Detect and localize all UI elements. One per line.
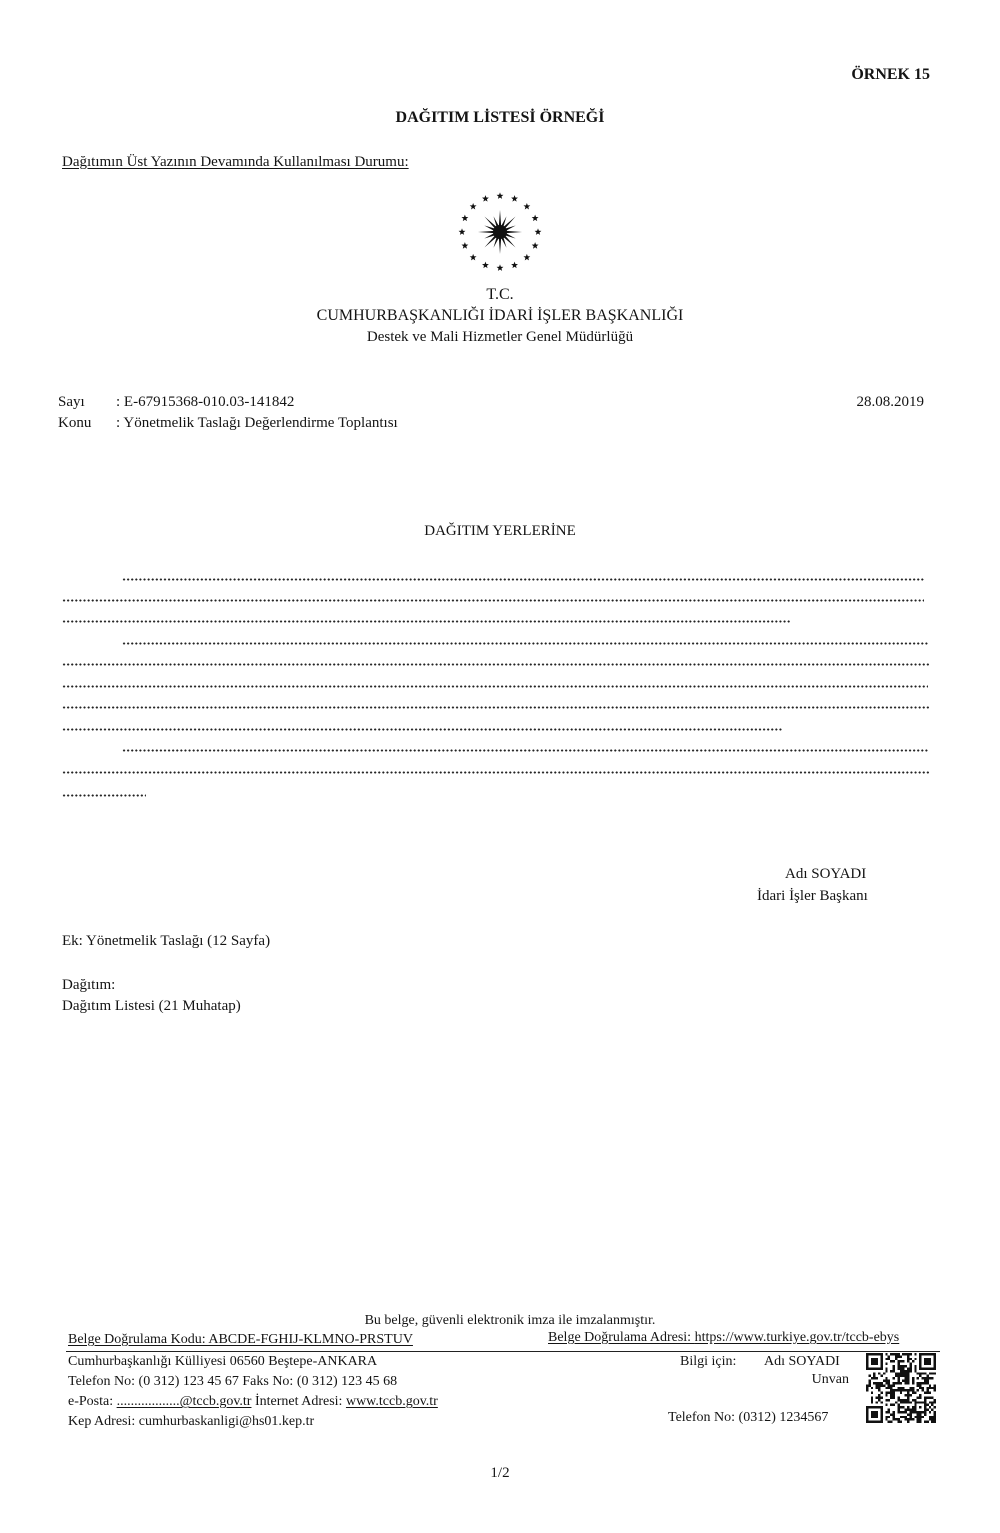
konu-label: Konu [58,415,91,432]
qr-code-icon[interactable] [866,1353,936,1423]
institution-name: CUMHURBAŞKANLIĞI İDARİ İŞLER BAŞKANLIĞI [0,307,1000,325]
konu-value: : Yönetmelik Taslağı Değerlendirme Topla… [116,415,398,432]
info-phone: Telefon No: (0312) 1234567 [668,1410,828,1426]
placeholder-line [122,749,928,752]
email-label: e-Posta: [68,1394,117,1409]
placeholder-line [122,578,924,581]
placeholder-line [62,663,930,666]
info-title: Unvan [812,1372,849,1388]
distribution-label: Dağıtım: [62,977,115,994]
document-date: 28.08.2019 [857,394,925,411]
esign-notice: Bu belge, güvenli elektronik imza ile im… [10,1313,1000,1329]
info-name: Adı SOYADI [764,1354,840,1370]
department-name: Destek ve Mali Hizmetler Genel Müdürlüğü [0,329,1000,346]
attachment-line: Ek: Yönetmelik Taslağı (12 Sayfa) [62,933,270,950]
info-label: Bilgi için: [680,1354,736,1370]
placeholder-line [62,794,146,797]
placeholder-line [62,685,928,688]
document-title: DAĞITIM LİSTESİ ÖRNEĞİ [0,109,1000,127]
footer-email-internet: e-Posta: ..................@tccb.gov.tr … [68,1394,438,1410]
internet-link[interactable]: www.tccb.gov.tr [346,1394,438,1409]
signatory-title: İdari İşler Başkanı [757,888,868,905]
email-link[interactable]: ..................@tccb.gov.tr [117,1394,252,1409]
placeholder-line [62,599,924,602]
footer-address: Cumhurbaşkanlığı Külliyesi 06560 Beştepe… [68,1354,377,1370]
presidential-emblem-icon [450,188,550,284]
placeholder-line [62,706,930,709]
placeholder-line [62,771,930,774]
verification-code: Belge Doğrulama Kodu: ABCDE-FGHIJ-KLMNO-… [68,1332,413,1348]
sayi-label: Sayı [58,394,85,411]
verification-address-label: Belge Doğrulama Adresi: [548,1330,695,1345]
verification-address: Belge Doğrulama Adresi: https://www.turk… [548,1330,899,1346]
distribution-value: Dağıtım Listesi (21 Muhatap) [62,998,241,1015]
signatory-name: Adı SOYADI [785,866,866,883]
example-label: ÖRNEK 15 [851,66,930,84]
footer-phone-fax: Telefon No: (0 312) 123 45 67 Faks No: (… [68,1374,397,1390]
verification-address-link[interactable]: https://www.turkiye.gov.tr/tccb-ebys [695,1330,900,1345]
placeholder-line [122,642,928,645]
internet-label: İnternet Adresi: [255,1394,346,1409]
footer-divider [66,1351,940,1352]
country-label: T.C. [0,286,1000,304]
addressee: DAĞITIM YERLERİNE [0,523,1000,540]
placeholder-line [62,728,782,731]
placeholder-line [62,620,790,623]
sayi-value: : E-67915368-010.03-141842 [116,394,294,411]
footer-kep: Kep Adresi: cumhurbaskanligi@hs01.kep.tr [68,1414,314,1430]
usage-heading: Dağıtımın Üst Yazının Devamında Kullanıl… [62,154,409,171]
page-number: 1/2 [0,1465,1000,1482]
